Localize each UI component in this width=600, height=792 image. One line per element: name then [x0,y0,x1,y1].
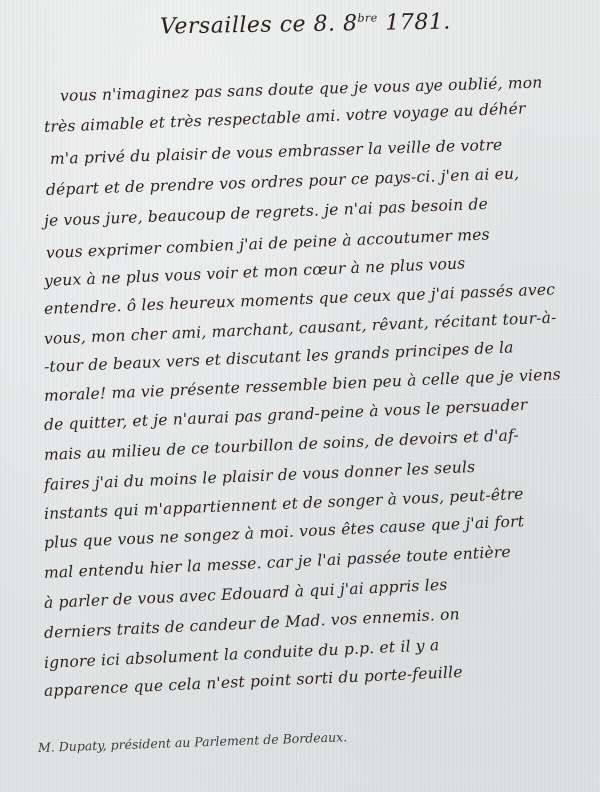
letter-line: yeux à ne plus vous voir et mon cœur à n… [44,254,466,290]
letter-line: je vous jure, beaucoup de regrets. je n'… [44,195,489,230]
letter-body: vous n'imaginez pas sans doute que je vo… [0,0,600,700]
letter-line: m'a privé du plaisir de vous embrasser l… [50,136,503,168]
letter-line: départ et de prendre vos ordres pour ce … [46,164,520,199]
letter-line: vous n'imaginez pas sans doute que je vo… [60,74,543,105]
letter-line: derniers traits de candeur de Mad. vos e… [44,605,461,642]
letter-line: à parler de vous avec Edouard à qui j'ai… [44,576,448,612]
letter-page: Versailles ce 8. 8bre 1781. vous n'imagi… [0,0,600,792]
letter-line: très aimable et très respectable ami. vo… [44,100,526,136]
recipient-address: M. Dupaty, président au Parlement de Bor… [38,729,348,755]
